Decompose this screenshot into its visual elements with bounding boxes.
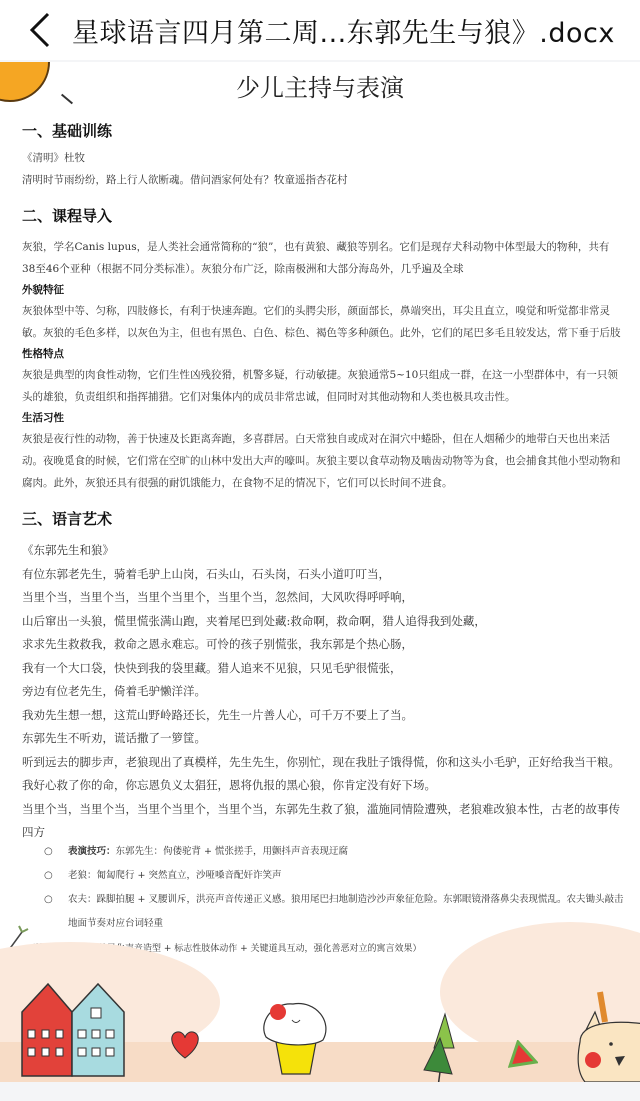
story-line: 当里个当，当里个当，当里个当里个，当里个当，忽然间，大风吹得呼呼响， <box>22 586 622 610</box>
story-line: 听到远去的脚步声，老狼现出了真模样，先生先生，你别忙，现在我肚子饿得慌，你和这头… <box>22 751 622 775</box>
story-line: 我好心救了你的命，你忘恩负义太猖狂，恩将仇报的黑心狼，你肯定没有好下场。 <box>22 774 622 798</box>
tip-item: ○ 老狼：匍匐爬行 + 突然直立，沙哑嗓音配奸诈笑声 <box>44 864 624 888</box>
story-title: 《东郭先生和狼》 <box>22 539 622 563</box>
story-line: 当里个当，当里个当，当里个当里个，当里个当，东郭先生救了狼，滥施同情险遭殃，老狼… <box>22 798 622 845</box>
houses-icon <box>20 982 130 1077</box>
tip-item: ○ 表演技巧：东郭先生：佝偻驼背 + 慌张搓手，用颤抖声音表现迂腐 <box>44 840 624 864</box>
personality-text: 灰狼是典型的肉食性动物，它们生性凶残狡猾，机警多疑，行动敏捷。灰狼通常5~10只… <box>22 364 622 408</box>
heart-icon <box>165 1022 205 1062</box>
story-line: 东郭先生不听劝，谎话撒了一箩筐。 <box>22 727 622 751</box>
back-button[interactable] <box>0 0 80 60</box>
bottom-strip <box>0 1082 640 1101</box>
tip-text: 老狼：匍匐爬行 + 突然直立，沙哑嗓音配奸诈笑声 <box>68 864 282 888</box>
cupcake-icon <box>258 992 333 1077</box>
story-line: 山后窜出一头狼，慌里慌张满山跑，夹着尾巴到处藏:救命啊，救命啊，猎人追得我到处藏… <box>22 610 622 634</box>
document-page[interactable]: 少儿主持与表演 一、基础训练 《清明》杜牧 清明时节雨纷纷，路上行人欲断魂。借问… <box>0 62 640 1082</box>
story-line: 求求先生救救我，救命之恩永难忘。可怜的孩子别慌张，我东郭是个热心肠， <box>22 633 622 657</box>
poem-title: 《清明》杜牧 <box>22 147 622 169</box>
decorative-scene <box>0 962 640 1082</box>
appearance-text: 灰狼体型中等、匀称，四肢修长，有利于快速奔跑。它们的头腭尖形，颜面部长，鼻端突出… <box>22 300 622 344</box>
personality-title: 性格特点 <box>22 344 622 364</box>
top-bar: 星球语言四月第二周...东郭先生与狼》.docx <box>0 0 640 60</box>
performance-tips: ○ 表演技巧：东郭先生：佝偻驼背 + 慌张搓手，用颤抖声音表现迂腐 ○ 老狼：匍… <box>44 840 624 936</box>
story-line: 我有一个大口袋，快快到我的袋里藏。猎人追来不见狼，只见毛驴很慌张， <box>22 657 622 681</box>
habits-title: 生活习性 <box>22 408 622 428</box>
document-content: 一、基础训练 《清明》杜牧 清明时节雨纷纷，路上行人欲断魂。借问酒家何处有？牧童… <box>22 120 622 845</box>
document-heading: 少儿主持与表演 <box>0 68 640 103</box>
bullet-icon: ○ <box>44 840 68 864</box>
chevron-left-icon <box>29 12 51 48</box>
deer-icon <box>575 982 640 1082</box>
story-line: 有位东郭老先生，骑着毛驴上山岗，石头山，石头岗，石头小道叮叮当， <box>22 563 622 587</box>
section-title-basic-training: 一、基础训练 <box>22 120 622 141</box>
watermelon-icon <box>508 1040 538 1068</box>
poem-text: 清明时节雨纷纷，路上行人欲断魂。借问酒家何处有？牧童遥指杏花村 <box>22 169 622 191</box>
story-line: 我劝先生想一想，这荒山野岭路还长，先生一片善人心，可千万不要上了当。 <box>22 704 622 728</box>
tip-label: 表演技巧： <box>68 846 116 857</box>
section-title-course-intro: 二、课程导入 <box>22 205 622 226</box>
wolf-intro: 灰狼，学名Canis lupus，是人类社会通常简称的“狼”，也有黄狼、藏狼等别… <box>22 236 622 280</box>
document-title: 星球语言四月第二周...东郭先生与狼》.docx <box>72 11 615 50</box>
appearance-title: 外貌特征 <box>22 280 622 300</box>
story-line: 旁边有位老先生，倚着毛驴懒洋洋。 <box>22 680 622 704</box>
tree-icon <box>420 1012 460 1082</box>
tip-text: 东郭先生：佝偻驼背 + 慌张搓手，用颤抖声音表现迂腐 <box>116 846 349 857</box>
section-title-language-arts: 三、语言艺术 <box>22 508 622 529</box>
habits-text: 灰狼是夜行性的动物，善于快速及长距离奔跑，多喜群居。白天常独自或成对在洞穴中蜷卧… <box>22 428 622 494</box>
bullet-icon: ○ <box>44 888 68 936</box>
bullet-icon: ○ <box>44 864 68 888</box>
